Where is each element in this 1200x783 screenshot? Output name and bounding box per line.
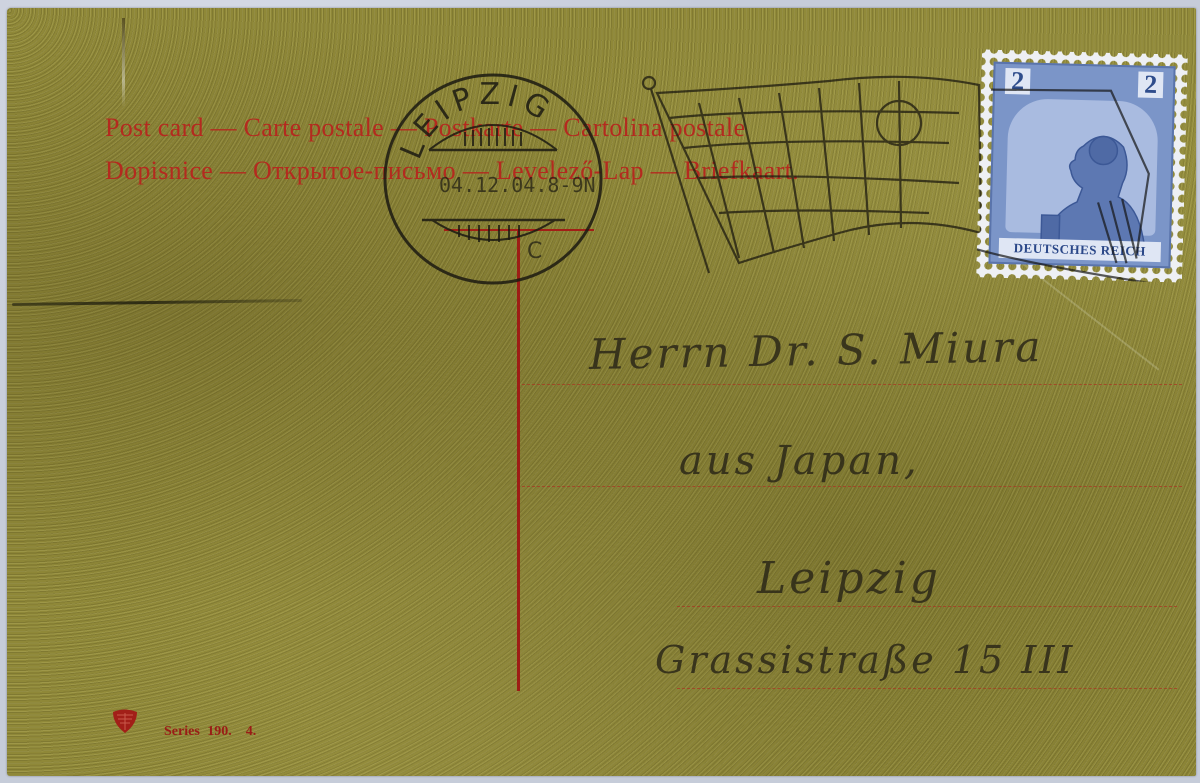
flag-cancellation xyxy=(629,63,989,278)
address-rule-4 xyxy=(677,688,1177,689)
address-rule-3 xyxy=(677,606,1177,607)
divider-vertical xyxy=(517,229,520,691)
postage-stamp: 2 2 DEUTSCHES REICH xyxy=(976,49,1188,282)
series-label: Series 190.4. xyxy=(164,724,256,740)
address-rule-2 xyxy=(522,486,1182,487)
postmark-date: 04.12.04.8-9N xyxy=(439,173,596,197)
address-line-street: Grassistraße 15 III xyxy=(655,638,1075,682)
header-fr: Carte postale xyxy=(244,113,384,142)
header-cs: Dopisnice xyxy=(105,156,213,185)
address-rule-1 xyxy=(522,384,1182,385)
postcard-back: Post card — Carte postale — Postkarte — … xyxy=(7,8,1196,776)
shield-logo-icon xyxy=(111,708,139,734)
header-en: Post card xyxy=(105,113,204,142)
postmark-suffix: C xyxy=(527,239,542,264)
flag-cancel-icon xyxy=(629,63,989,278)
paper-crease xyxy=(12,299,302,306)
stamp-cancel-lines xyxy=(976,49,1188,282)
series-number: 4. xyxy=(246,724,257,739)
address-line-origin: aus Japan, xyxy=(679,438,920,484)
address-line-city: Leipzig xyxy=(757,553,941,604)
paper-crack xyxy=(122,18,125,108)
postmark-leipzig: LEIPZIG 04.12.04.8-9N C xyxy=(377,70,609,288)
address-line-recipient: Herrn Dr. S. Miura xyxy=(589,322,1044,379)
postmark-circle-icon: LEIPZIG 04.12.04.8-9N C xyxy=(377,70,609,288)
